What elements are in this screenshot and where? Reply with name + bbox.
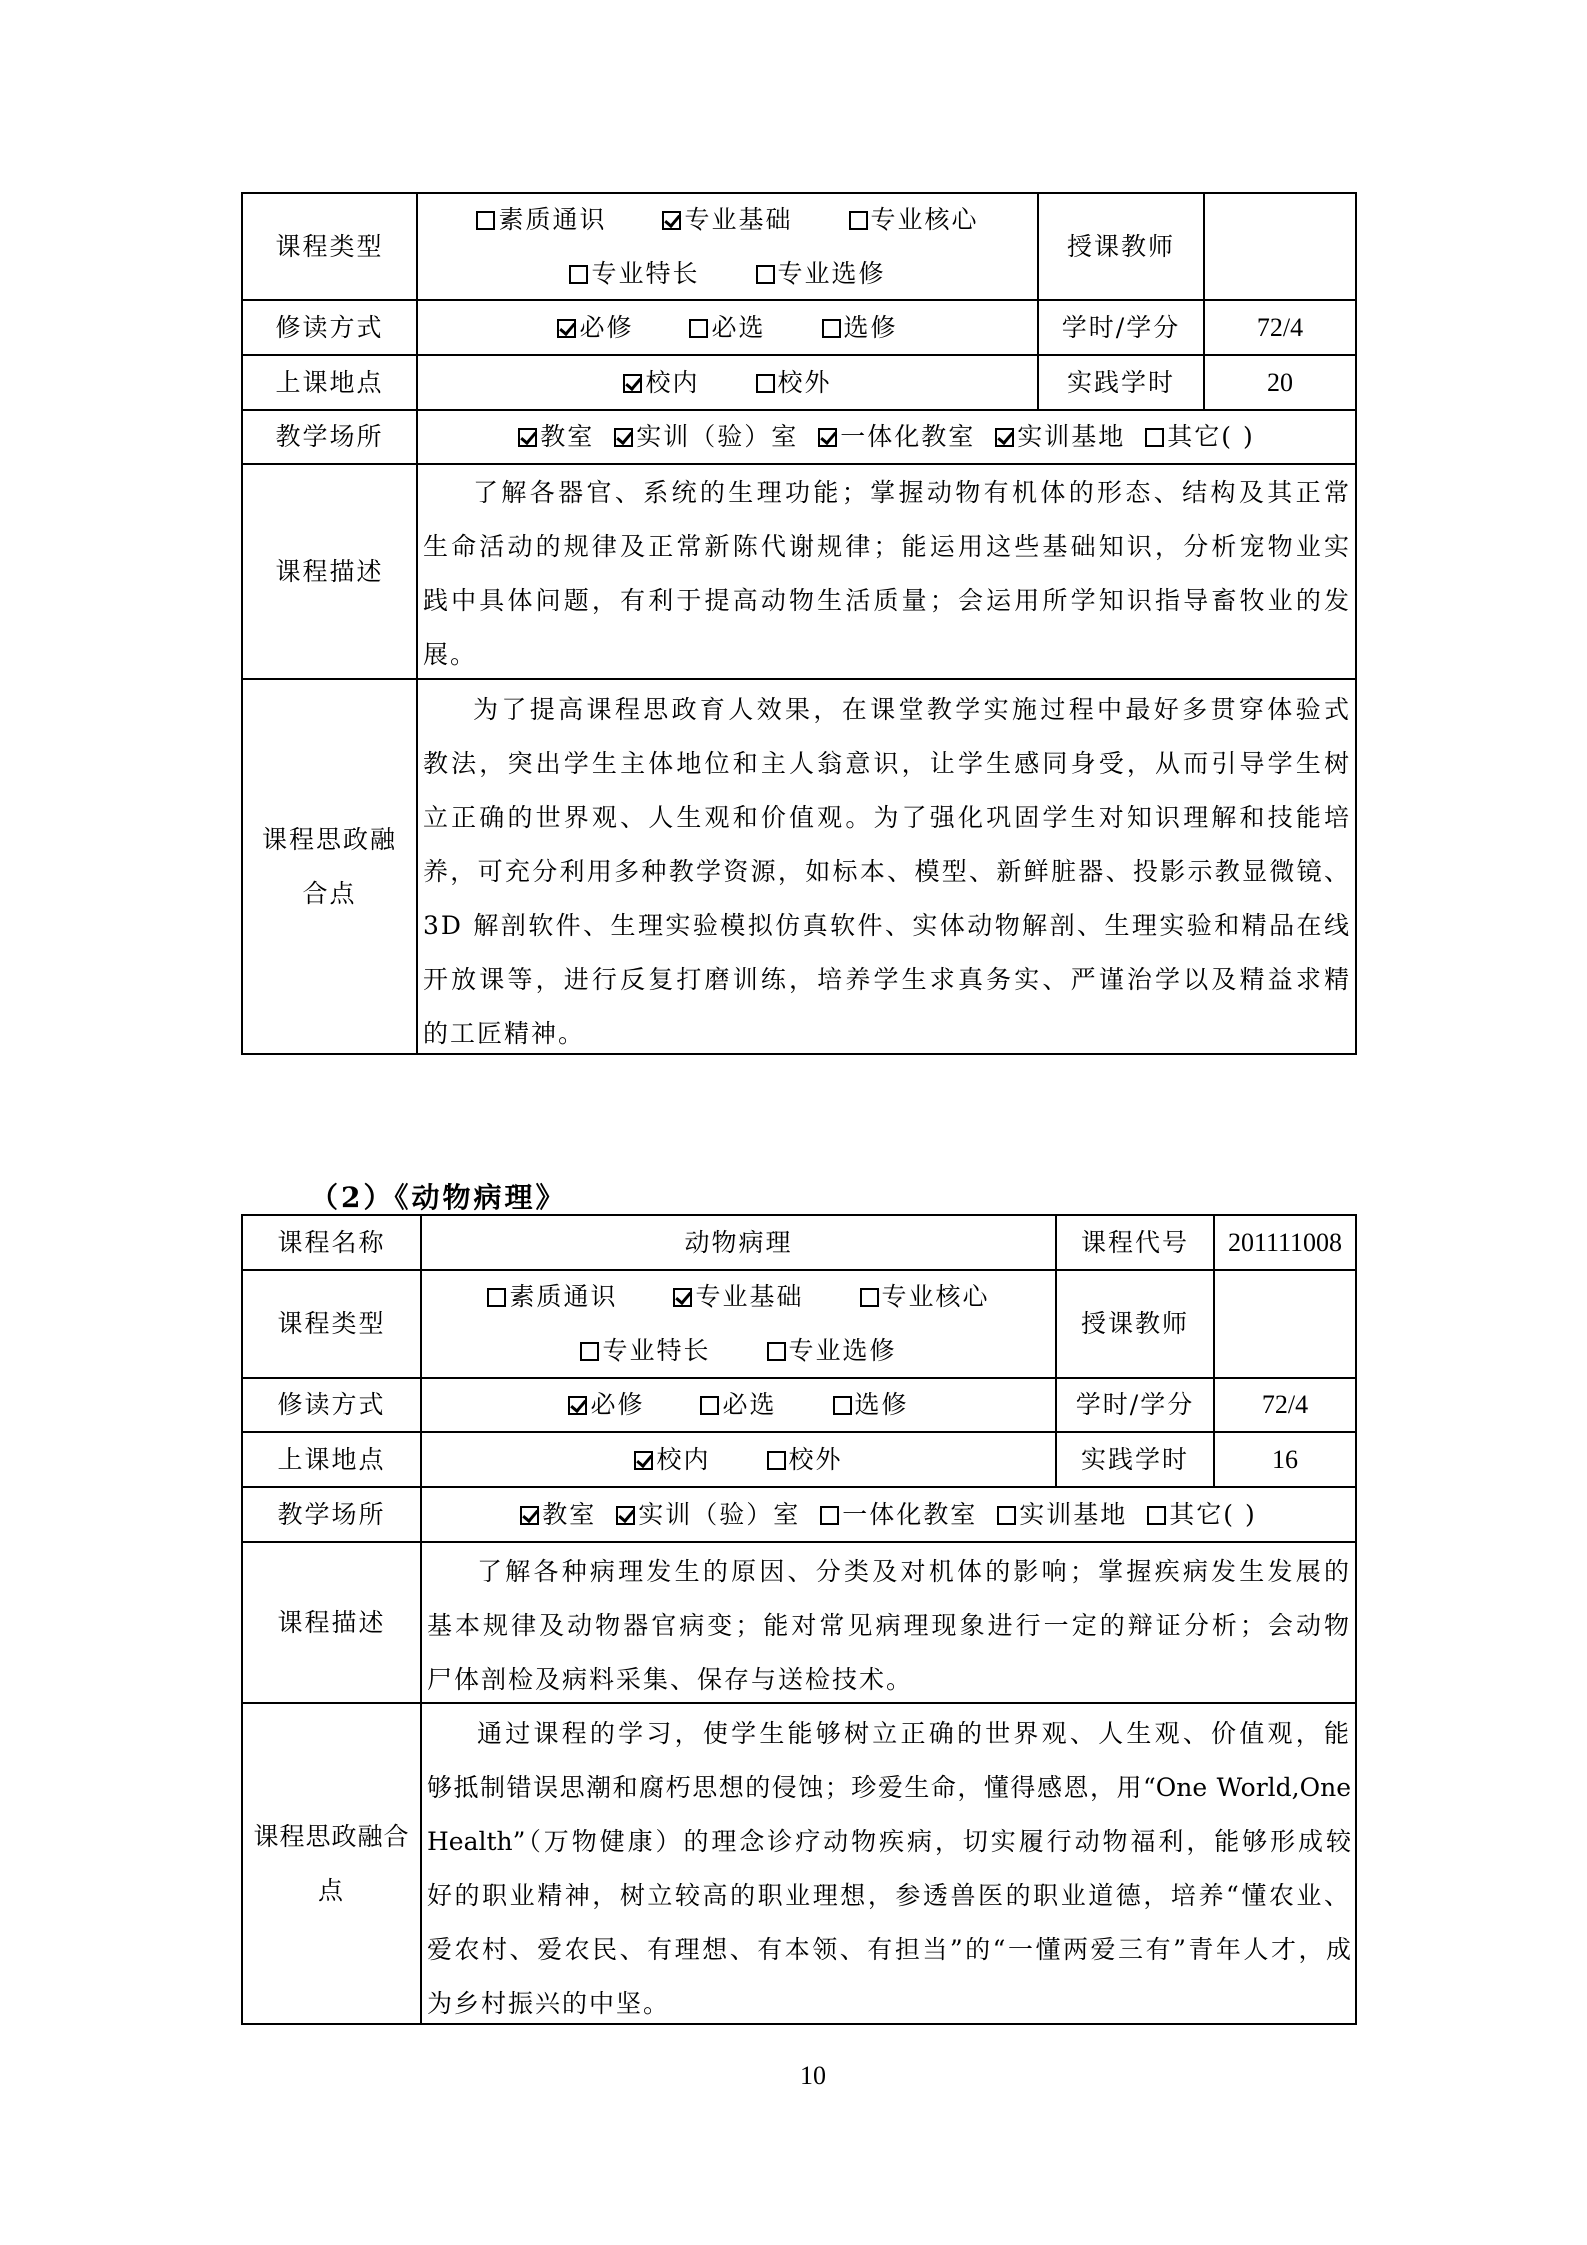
checkbox-checked-icon[interactable] <box>568 1396 587 1415</box>
description-text: 了解各器官、系统的生理功能；掌握动物有机体的形态、结构及其正常 生命活动的规律及… <box>423 466 1351 682</box>
course-name-label: 课程名称 <box>243 1216 420 1269</box>
option-elective[interactable]: 选修 <box>833 1378 909 1432</box>
checkbox-icon[interactable] <box>820 1506 839 1525</box>
option-compulsory[interactable]: 必修 <box>568 1378 644 1432</box>
option-professional-core[interactable]: 专业核心 <box>860 1270 990 1324</box>
checkbox-checked-icon[interactable] <box>818 428 837 447</box>
option-training-base[interactable]: 实训基地 <box>995 410 1125 464</box>
checkbox-icon[interactable] <box>756 374 775 393</box>
checkbox-icon[interactable] <box>476 211 495 230</box>
option-general-education[interactable]: 素质通识 <box>487 1270 617 1324</box>
option-required-elective[interactable]: 必选 <box>700 1378 776 1432</box>
option-on-campus[interactable]: 校内 <box>634 1433 710 1487</box>
teacher-label: 授课教师 <box>1039 194 1203 299</box>
checkbox-checked-icon[interactable] <box>662 211 681 230</box>
option-other[interactable]: 其它( ) <box>1145 410 1254 464</box>
option-professional-foundation[interactable]: 专业基础 <box>662 193 792 247</box>
checkbox-checked-icon[interactable] <box>995 428 1014 447</box>
option-integrated-classroom[interactable]: 一体化教室 <box>818 410 975 464</box>
table-border <box>1355 192 1357 1055</box>
ideology-text: 为了提高课程思政育人效果，在课堂教学实施过程中最好多贯穿体验式 教法，突出学生主… <box>423 683 1351 1061</box>
hours-credits-label: 学时/学分 <box>1057 1379 1213 1431</box>
checkbox-icon[interactable] <box>767 1451 786 1470</box>
teacher-label: 授课教师 <box>1057 1271 1213 1377</box>
venue-options: 教室 实训（验）室 一体化教室 实训基地 其它( ) <box>418 411 1355 463</box>
course-type-row-2: 专业特长 专业选修 <box>541 247 913 301</box>
option-professional-specialty[interactable]: 专业特长 <box>580 1324 710 1378</box>
location-label: 上课地点 <box>243 356 416 409</box>
option-required-elective[interactable]: 必选 <box>689 301 765 355</box>
venue-options: 教室 实训（验）室 一体化教室 实训基地 其它( ) <box>422 1488 1355 1541</box>
checkbox-icon[interactable] <box>1147 1506 1166 1525</box>
option-professional-specialty[interactable]: 专业特长 <box>569 247 699 301</box>
section-heading: （2）《动物病理》 <box>310 1176 566 1216</box>
checkbox-checked-icon[interactable] <box>520 1506 539 1525</box>
checkbox-icon[interactable] <box>700 1396 719 1415</box>
checkbox-icon[interactable] <box>756 265 775 284</box>
option-off-campus[interactable]: 校外 <box>756 356 832 410</box>
description-text: 了解各种病理发生的原因、分类及对机体的影响；掌握疾病发生发展的 基本规律及动物器… <box>427 1545 1351 1707</box>
study-mode-label: 修读方式 <box>243 301 416 354</box>
teacher-value[interactable] <box>1215 1271 1355 1377</box>
checkbox-icon[interactable] <box>997 1506 1016 1525</box>
checkbox-checked-icon[interactable] <box>518 428 537 447</box>
option-professional-elective[interactable]: 专业选修 <box>756 247 886 301</box>
checkbox-icon[interactable] <box>849 211 868 230</box>
course-code-value: 201111008 <box>1215 1216 1355 1269</box>
table-border <box>1355 1214 1357 2025</box>
course-type-row-2: 专业特长 专业选修 <box>552 1324 924 1378</box>
checkbox-icon[interactable] <box>580 1342 599 1361</box>
option-off-campus[interactable]: 校外 <box>767 1433 843 1487</box>
study-mode-label: 修读方式 <box>243 1379 420 1431</box>
location-options: 校内 校外 <box>418 356 1037 409</box>
checkbox-checked-icon[interactable] <box>673 1288 692 1307</box>
option-classroom[interactable]: 教室 <box>520 1488 596 1542</box>
option-training-base[interactable]: 实训基地 <box>997 1488 1127 1542</box>
checkbox-checked-icon[interactable] <box>623 374 642 393</box>
practice-hours-value: 16 <box>1215 1433 1355 1486</box>
study-mode-options: 必修 必选 选修 <box>422 1379 1055 1431</box>
description-label: 课程描述 <box>243 465 416 678</box>
option-other[interactable]: 其它( ) <box>1147 1488 1256 1542</box>
checkbox-icon[interactable] <box>822 319 841 338</box>
option-professional-core[interactable]: 专业核心 <box>849 193 979 247</box>
option-integrated-classroom[interactable]: 一体化教室 <box>820 1488 977 1542</box>
checkbox-checked-icon[interactable] <box>557 319 576 338</box>
checkbox-icon[interactable] <box>767 1342 786 1361</box>
hours-credits-label: 学时/学分 <box>1039 301 1203 354</box>
checkbox-icon[interactable] <box>569 265 588 284</box>
venue-label: 教学场所 <box>243 1488 420 1541</box>
description-label: 课程描述 <box>243 1543 420 1702</box>
practice-hours-label: 实践学时 <box>1057 1433 1213 1486</box>
hours-credits-value: 72/4 <box>1205 301 1355 354</box>
checkbox-checked-icon[interactable] <box>634 1451 653 1470</box>
option-elective[interactable]: 选修 <box>822 301 898 355</box>
checkbox-icon[interactable] <box>833 1396 852 1415</box>
ideology-label: 课程思政融合 点 <box>243 1704 420 2023</box>
option-classroom[interactable]: 教室 <box>518 410 594 464</box>
checkbox-checked-icon[interactable] <box>616 1506 635 1525</box>
course-type-row-1: 素质通识 专业基础 专业核心 <box>448 193 1006 247</box>
course-type-label: 课程类型 <box>243 194 416 299</box>
ideology-label: 课程思政融 合点 <box>243 680 416 1053</box>
venue-label: 教学场所 <box>243 411 416 463</box>
location-options: 校内 校外 <box>422 1433 1055 1486</box>
teacher-value[interactable] <box>1205 194 1355 299</box>
option-on-campus[interactable]: 校内 <box>623 356 699 410</box>
practice-hours-label: 实践学时 <box>1039 356 1203 409</box>
course-name-value: 动物病理 <box>422 1216 1055 1269</box>
option-general-education[interactable]: 素质通识 <box>476 193 606 247</box>
option-training-lab[interactable]: 实训（验）室 <box>614 410 798 464</box>
checkbox-icon[interactable] <box>1145 428 1164 447</box>
checkbox-icon[interactable] <box>860 1288 879 1307</box>
option-training-lab[interactable]: 实训（验）室 <box>616 1488 800 1542</box>
option-professional-elective[interactable]: 专业选修 <box>767 1324 897 1378</box>
ideology-text: 通过课程的学习，使学生能够树立正确的世界观、人生观、价值观，能 够抵制错误思潮和… <box>427 1707 1351 2031</box>
page-number: 10 <box>800 2061 826 2091</box>
checkbox-icon[interactable] <box>487 1288 506 1307</box>
practice-hours-value: 20 <box>1205 356 1355 409</box>
course-type-label: 课程类型 <box>243 1271 420 1377</box>
checkbox-checked-icon[interactable] <box>614 428 633 447</box>
hours-credits-value: 72/4 <box>1215 1379 1355 1431</box>
course-type-options: 素质通识 专业基础 专业核心 专业特长 专业选修 <box>422 1271 1055 1377</box>
course-type-row-1: 素质通识 专业基础 专业核心 <box>459 1270 1017 1324</box>
location-label: 上课地点 <box>243 1433 420 1486</box>
course-code-label: 课程代号 <box>1057 1216 1213 1269</box>
course-type-options: 素质通识 专业基础 专业核心 专业特长 专业选修 <box>418 194 1037 299</box>
study-mode-options: 必修 必选 选修 <box>418 301 1037 354</box>
checkbox-icon[interactable] <box>689 319 708 338</box>
option-professional-foundation[interactable]: 专业基础 <box>673 1270 803 1324</box>
option-compulsory[interactable]: 必修 <box>557 301 633 355</box>
